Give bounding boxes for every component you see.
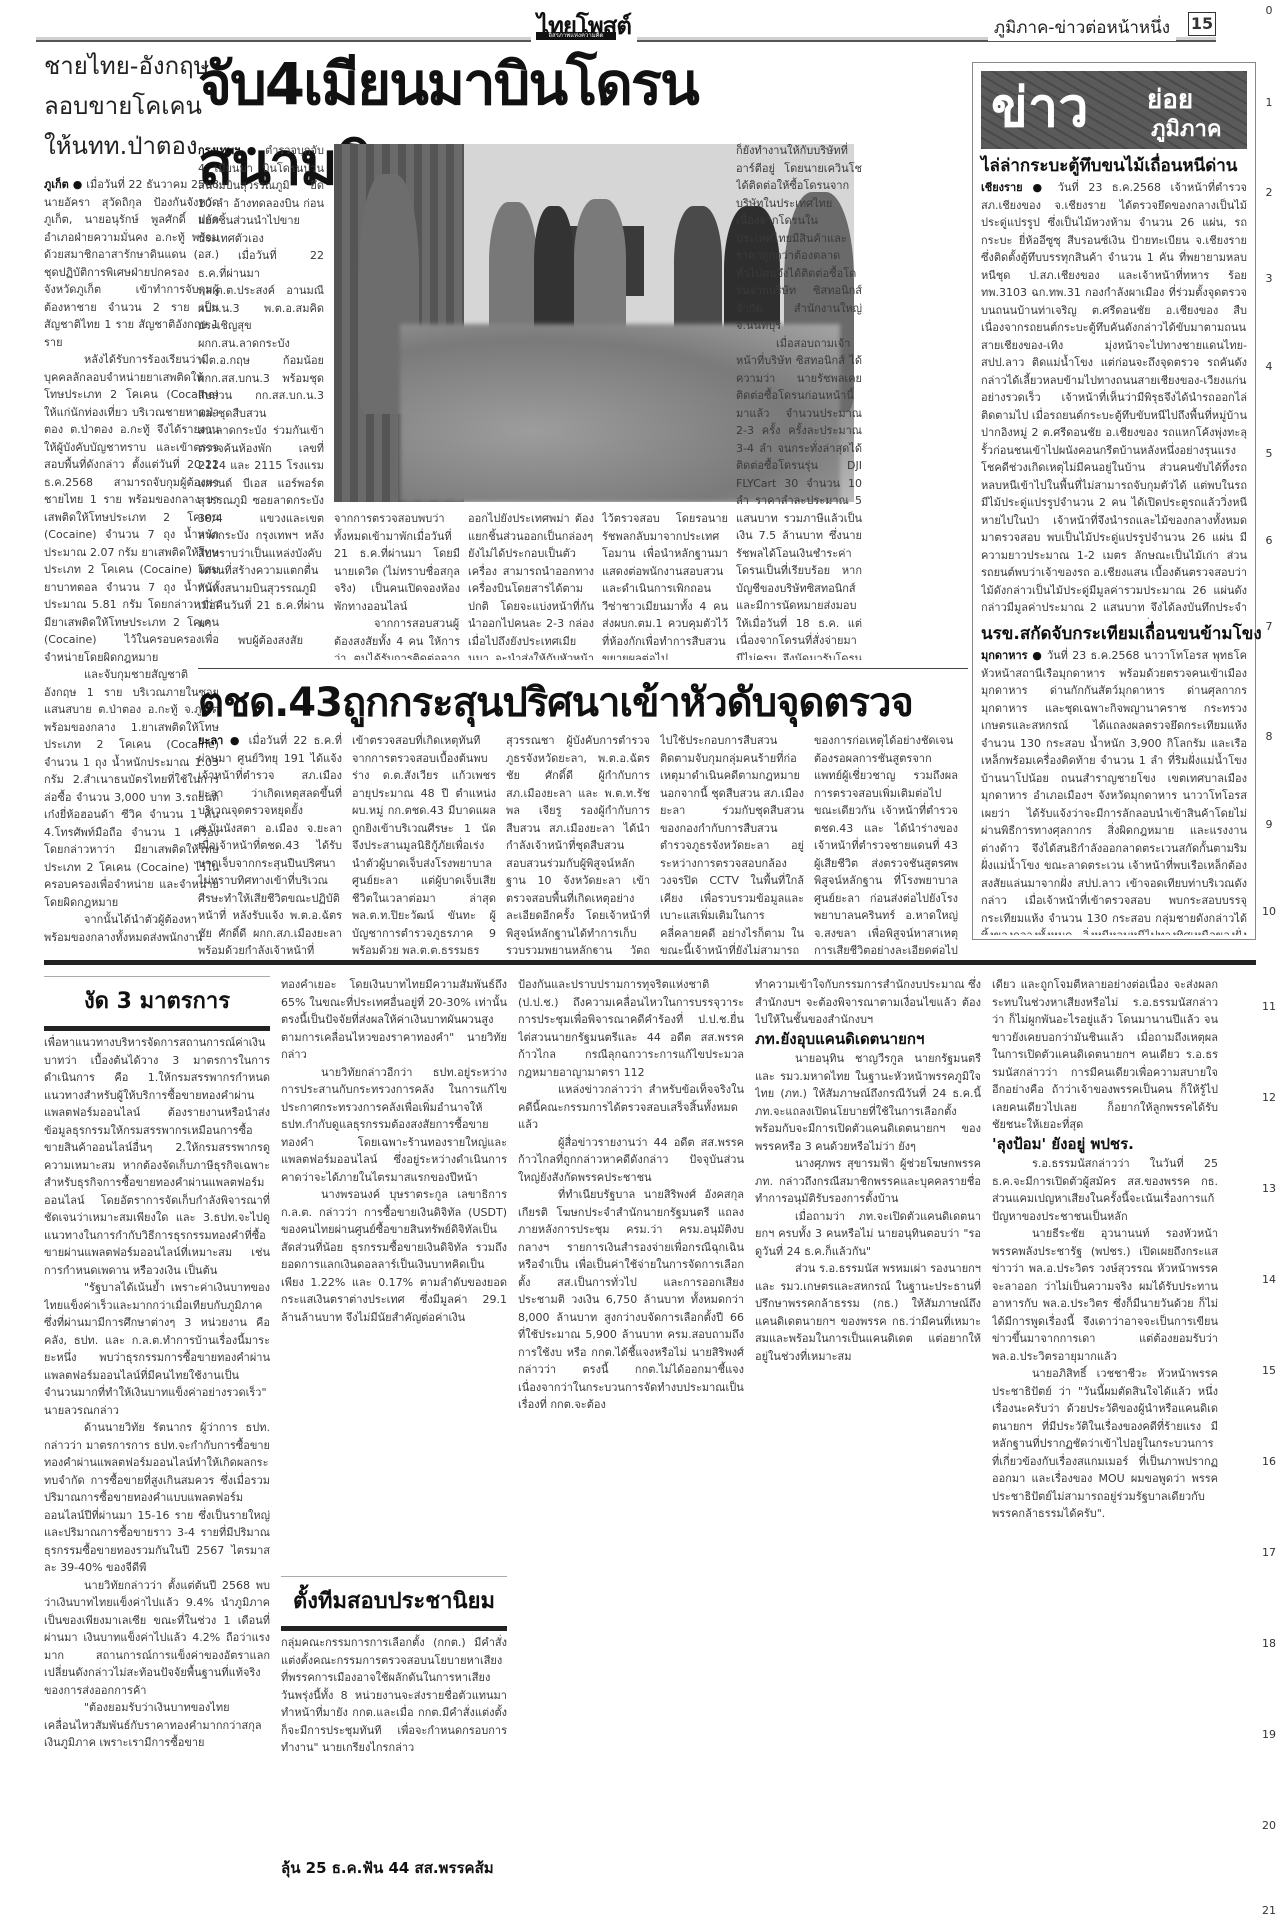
ruler-mark: 15 [1254,1364,1284,1377]
paragraph: ก็ยังทำงานให้กับบริษัทที่อาร์ตีอยู่ โดยน… [736,142,862,335]
subhead-block: งัด 3 มาตรการ [44,976,270,1031]
subhead: ตั้งทีมสอบประชานิยม [281,1577,507,1626]
paragraph: ตำรวจบุกจับ 4 เมียนมา บินโดรนป่วนสนามบิน… [198,144,324,245]
paragraph: จากการสอบสวนผู้ต้องสงสัยทั้ง 4 คน ให้การ… [334,615,460,660]
subhead-block: ตั้งทีมสอบประชานิยม [281,1576,507,1631]
paragraph: วันที่ 23 ธ.ค.2568 นาวาโทโอรส พุทธโค หัว… [981,649,1247,935]
second-col-4: ไปใช้ประกอบการสืบสวนติดตามจับกุมกลุ่มคนร… [660,732,804,954]
paragraph: ร.อ.ธรรมนัสกล่าวว่า ในวันที่ 25 ธ.ค.จะมี… [992,1155,1218,1225]
ruler-mark: 9 [1254,818,1284,831]
second-headline: ตชด.43ถูกกระสุนปริศนาเข้าหัวดับจุดตรวจ [198,680,968,726]
ruler-mark: 4 [1254,360,1284,373]
line-ruler: 0 1 2 3 4 5 6 7 8 9 10 11 12 13 14 15 16… [1254,0,1284,1920]
page-number: 15 [1188,12,1216,36]
lead-col-2: จากการตรวจสอบพบว่าทั้งหมดเข้ามาพักเมื่อว… [334,510,460,660]
paragraph: พบผู้ต้องสงสัย 1.MR. ZWE HTET AUNG อายุ … [198,632,324,652]
lower-col-3: ป้องกันและปราบปรามการทุจริตแห่งชาติ (ป.ป… [518,976,744,1920]
paragraph: ทองคำเยอะ โดยเงินบาทไทยมีความสัมพันธ์ถึง… [281,976,507,1064]
paragraph: ไปใช้ประกอบการสืบสวนติดตามจับกุมกลุ่มคนร… [660,732,804,954]
paragraph: "รัฐบาลได้เน้นย้ำ เพราะค่าเงินบาทของไทยแ… [44,1279,270,1419]
ruler-mark: 13 [1254,1182,1284,1195]
paragraph: ที่ทำเนียบรัฐบาล นายสิริพงศ์ อังคสกุลเกี… [518,1186,744,1414]
inline-subhead: ภท.ยังอุบแคนดิเดตนายกฯ [755,1031,981,1049]
paragraph: นายวิทัยกล่าวอีกว่า ธปท.อยู่ระหว่างการปร… [281,1064,507,1187]
ruler-mark: 2 [1254,186,1284,199]
paragraph: เมื่อถามว่า ภท.จะเปิดตัวแคนดิเดตนายกฯ คร… [755,1208,981,1261]
lower-col-2: ทองคำเยอะ โดยเงินบาทไทยมีความสัมพันธ์ถึง… [281,976,507,1576]
paragraph: ส่วน ร.อ.ธรรมนัส พรหมเผ่า รองนายกฯ และ ร… [755,1260,981,1365]
paragraph: ของการก่อเหตุได้อย่างชัดเจน ต้องรอผลการช… [814,732,958,954]
ruler-mark: 16 [1254,1455,1284,1468]
dateline: เชียงราย ● [981,181,1048,194]
lead-col-5: ไว้ตรวจสอบ โดยรอนายรัชพลกลับมาจากประเทศโ… [602,510,728,660]
ruler-mark: 10 [1254,905,1284,918]
lead-col-3: ออกไปยังประเทศพม่า ต้องแยกชิ้นส่วนออกเป็… [468,510,594,660]
side-headline-line: ให้นทท.ป่าตอง [44,126,219,166]
paragraph: ทำความเข้าใจกับกรรมการสำนักงบประมาณ ซึ่ง… [755,976,981,1029]
newspaper-page: ไทยโพสต์ อิสรภาพแห่งความคิด ภูมิภาค-ข่าว… [36,0,1216,1920]
paragraph: นายวิทัยกล่าวว่า ตั้งแต่ต้นปี 2568 พบว่า… [44,1577,270,1700]
dateline: กรุงเทพฯ ● [198,144,259,157]
lower-col-5: เดียว และถูกโจมตีหลายอย่างต่อเนื่อง จะส่… [992,976,1218,1920]
lower-col-1: เพื่อหาแนวทางบริหารจัดการสถานการณ์ค่าเงิ… [44,1034,270,1920]
paragraph: เมื่อสอบถามเจ้าหน้าที่บริษัท ซิสทอนิกส์ … [736,335,862,661]
ruler-mark: 17 [1254,1546,1284,1559]
paragraph: หลังได้รับการร้องเรียนว่ามีบุคคลลักลอบจำ… [44,351,219,666]
lead-col-1: กรุงเทพฯ ● ตำรวจบุกจับ 4 เมียนมา บินโดรน… [198,142,324,652]
paragraph: จากการตรวจสอบพบว่าทั้งหมดเข้ามาพักเมื่อว… [334,510,460,615]
lower-col-4: ทำความเข้าใจกับกรรมการสำนักงบประมาณ ซึ่ง… [755,976,981,1920]
paragraph: ออกไปยังประเทศพม่า ต้องแยกชิ้นส่วนออกเป็… [468,510,594,660]
inline-subhead: ลุ้น 25 ธ.ค.ฟัน 44 สส.พรรคส้ม [281,1860,507,1878]
paragraph: ป้องกันและปราบปรามการทุจริตแห่งชาติ (ป.ป… [518,976,744,1081]
paragraph: จากนั้นได้นำตัวผู้ต้องหาพร้อมของกลางทั้ง… [44,911,219,946]
paragraph: สุวรรณชา ผู้บังคับการตำรวจภูธรจังหวัดยะล… [506,732,650,954]
subhead-rule-bottom [281,1626,507,1631]
paragraph: ไว้ตรวจสอบ โดยรอนายรัชพลกลับมาจากประเทศโ… [602,510,728,660]
second-col-2: เข้าตรวจสอบที่เกิดเหตุทันที จากการตรวจสอ… [352,732,496,954]
paragraph: เพื่อหาแนวทางบริหารจัดการสถานการณ์ค่าเงิ… [44,1034,270,1279]
ruler-mark: 1 [1254,96,1284,109]
side-headline-line: ชายไทย-อังกฤษ [44,46,219,86]
banner-title: ข่าว [991,75,1089,141]
section-rule [198,668,968,669]
paragraph: กลุ่มคณะกรรมการการเลือกตั้ง (กกต.) มีคำส… [281,1634,507,1757]
subhead: งัด 3 มาตรการ [44,977,270,1026]
regional-news-banner: ข่าว ย่อย ภูมิภาค [981,71,1247,149]
paragraph: เมื่อวันที่ 22 ธ.ค.ที่ผ่านมา ศูนย์วิทยุ … [198,734,342,954]
ruler-mark: 14 [1254,1273,1284,1286]
ruler-mark: 12 [1254,1091,1284,1104]
second-col-5: ของการก่อเหตุได้อย่างชัดเจน ต้องรอผลการช… [814,732,958,954]
paragraph: เข้าตรวจสอบที่เกิดเหตุทันที จากการตรวจสอ… [352,732,496,954]
side-headline-line: ลอบขายโคเคน [44,86,219,126]
paragraph: วันที่ 23 ธ.ค.2568 เจ้าหน้าที่ตำรวจ สภ.เ… [981,181,1247,619]
paragraph: นางพรอนงค์ บุษราตระกูล เลขาธิการ ก.ล.ต. … [281,1186,507,1326]
masthead: ไทยโพสต์ อิสรภาพแห่งความคิด ภูมิภาค-ข่าว… [36,0,1216,46]
paragraph: นายอภิสิทธิ์ เวชชาชีวะ หัวหน้าพรรคประชาธ… [992,1365,1218,1523]
section-name: ภูมิภาค-ข่าวต่อหน้าหนึ่ง [988,14,1176,41]
section-divider [44,960,1256,965]
ruler-mark: 11 [1254,1000,1284,1013]
side-story-headline: ชายไทย-อังกฤษ ลอบขายโคเคน ให้นทท.ป่าตอง [44,46,219,166]
second-col-1: ยะลา ● เมื่อวันที่ 22 ธ.ค.ที่ผ่านมา ศูนย… [198,732,342,954]
paragraph: นายธีระชัย อุวนานนท์ รองหัวหน้าพรรคพลังป… [992,1225,1218,1365]
paragraph: เดียว และถูกโจมตีหลายอย่างต่อเนื่อง จะส่… [992,976,1218,1134]
box-item-1-body: เชียงราย ● วันที่ 23 ธ.ค.2568 เจ้าหน้าที… [981,179,1247,619]
lead-col-4: ก็ยังทำงานให้กับบริษัทที่อาร์ตีอยู่ โดยน… [736,142,862,660]
paragraph: เมื่อวันที่ 22 ธันวาคม 2568 นายอัครา สุว… [44,178,219,349]
banner-subtitle: ภูมิภาค [1151,111,1222,146]
paragraph: "ต้องยอมรับว่าเงินบาทของไทยเคลื่อนไหวสัม… [44,1699,270,1752]
ruler-mark: 18 [1254,1637,1284,1650]
lower-col-2b: กลุ่มคณะกรรมการการเลือกตั้ง (กกต.) มีคำส… [281,1634,507,1854]
second-col-3: สุวรรณชา ผู้บังคับการตำรวจภูธรจังหวัดยะล… [506,732,650,954]
ruler-mark: 21 [1254,1904,1284,1917]
paragraph: นางศุภพร สุขารมฟ้า ผู้ช่วยโฆษกพรรค ภท. ก… [755,1155,981,1208]
inline-subhead: 'ลุงป้อม' ยังอยู่ พปชร. [992,1136,1218,1154]
paragraph: แหล่งข่าวกล่าวว่า สำหรับข้อเท็จจริงในคดี… [518,1081,744,1134]
paragraph: นายอนุทิน ชาญวีรกูล นายกรัฐมนตรีและ รมว.… [755,1050,981,1155]
paragraph: และจับกุมชายสัญชาติอังกฤษ 1 ราย บริเวณภา… [44,666,219,911]
box-item-1-headline: ไล่ล่ากระบะตู้ทึบขนไม้เถื่อนหนีด่าน [981,155,1247,177]
subhead-rule-bottom [44,1026,270,1031]
ruler-mark: 7 [1254,620,1284,633]
regional-news-box: ข่าว ย่อย ภูมิภาค ไล่ล่ากระบะตู้ทึบขนไม้… [972,62,1256,940]
paragraph: เมื่อวันที่ 22 ธ.ค.ที่ผ่านมา พล.ต.ต.ประส… [198,247,324,632]
dateline: ยะลา ● [198,734,242,747]
lower-col-2c: ลุ้น 25 ธ.ค.ฟัน 44 สส.พรรคส้ม [281,1858,507,1920]
ruler-mark: 3 [1254,272,1284,285]
dateline: มุกดาหาร ● [981,649,1043,662]
paragraph: ด้านนายวิทัย รัตนากร ผู้ว่าการ ธปท. กล่า… [44,1419,270,1577]
ruler-mark: 5 [1254,447,1284,460]
ruler-mark: 6 [1254,534,1284,547]
logo-tagline: อิสรภาพแห่งความคิด [536,32,616,40]
paragraph: ผู้สื่อข่าวรายงานว่า 44 อดีต สส.พรรคก้าว… [518,1134,744,1187]
box-item-2-body: มุกดาหาร ● วันที่ 23 ธ.ค.2568 นาวาโทโอรส… [981,647,1247,935]
ruler-mark: 8 [1254,730,1284,743]
dateline: ภูเก็ต ● [44,178,83,191]
side-story-body: ภูเก็ต ● เมื่อวันที่ 22 ธันวาคม 2568 นาย… [44,176,219,946]
box-item-2-headline: นรข.สกัดจับกระเทียมเถื่อนขนข้ามโขง [981,623,1247,645]
ruler-mark: 19 [1254,1728,1284,1741]
ruler-mark: 20 [1254,1819,1284,1832]
ruler-mark: 0 [1254,4,1284,17]
